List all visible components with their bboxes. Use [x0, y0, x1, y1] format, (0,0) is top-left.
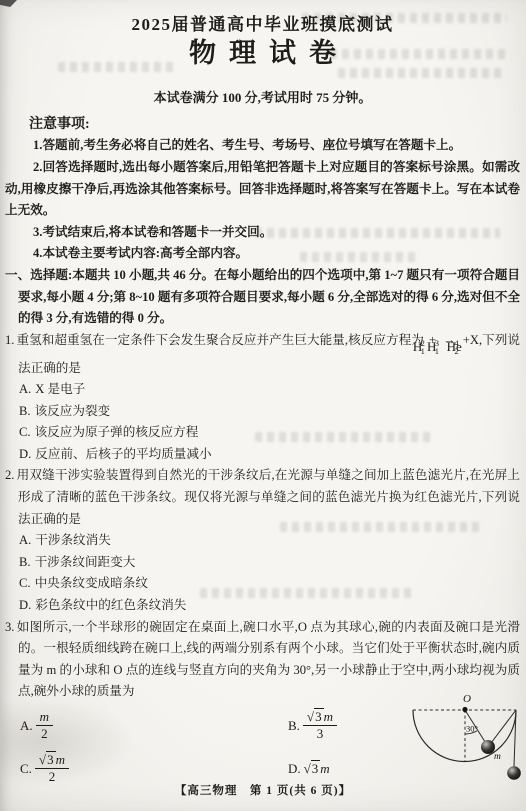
fraction: √3m 3 — [303, 709, 337, 742]
center-point-label: O — [463, 693, 471, 705]
exam-paper-page: 2025届普通高中毕业班摸底测试 物理试卷 本试卷满分 100 分,考试用时 7… — [0, 0, 526, 811]
note-item-1: 1.答题前,考生务必将自己的姓名、考生号、考场号、座位号填写在答题卡上。 — [5, 135, 520, 157]
sqrt-sign: √ — [39, 752, 46, 767]
question-number: 3. — [5, 620, 14, 634]
exam-info-line: 本试卷满分 100 分,考试用时 75 分钟。 — [5, 87, 520, 109]
question-2: 2.用双缝干涉实验装置得到自然光的干涉条纹后,在光源与单缝之间加上蓝色滤光片,在… — [5, 465, 520, 616]
q1-option-b: B.该反应为裂变 — [19, 401, 520, 423]
outer-ball — [507, 766, 521, 780]
page-footer: 【高三物理 第 1 页(共 6 页)】 — [0, 781, 526, 803]
question-1: 1.重氢和超重氢在一定条件下会发生聚合反应并产生巨大能量,核反应方程为21H+3… — [5, 330, 520, 466]
question-1-stem: 1.重氢和超重氢在一定条件下会发生聚合反应并产生巨大能量,核反应方程为21H+3… — [5, 330, 520, 379]
center-point-o — [462, 707, 467, 712]
q1-option-a: A.X 是电子 — [19, 379, 520, 401]
sqrt-sign: √ — [304, 761, 311, 776]
exam-session-title: 2025届普通高中毕业班摸底测试 — [5, 14, 520, 36]
notes-heading: 注意事项: — [29, 114, 520, 136]
question-3-stem: 3.如图所示,一个半球形的碗固定在桌面上,碗口水平,O 点为其球心,碗的内表面及… — [5, 617, 520, 703]
question-2-stem: 2.用双缝干涉实验装置得到自然光的干涉条纹后,在光源与单缝之间加上蓝色滤光片,在… — [5, 465, 520, 530]
note-item-3: 3.考试结束后,将本试卷和答题卡一并交回。 — [5, 222, 520, 244]
nuclide-helium: 42He — [459, 336, 462, 358]
question-number: 2. — [5, 468, 14, 482]
q2-option-d: D.彩色条纹中的红色条纹消失 — [19, 595, 520, 617]
page-content: 2025届普通高中毕业班摸底测试 物理试卷 本试卷满分 100 分,考试用时 7… — [0, 0, 526, 811]
q2-option-a: A.干涉条纹消失 — [19, 530, 520, 552]
q3-option-c: C. √3m 2 — [20, 752, 288, 785]
nuclide-deuterium: 21H — [425, 336, 426, 358]
angle-label: 30° — [466, 724, 478, 734]
nuclide-tritium: 31H — [439, 336, 440, 358]
inner-ball — [481, 740, 495, 754]
q3-bowl-figure: O 30° m — [406, 692, 526, 792]
q3-option-a: A. m 2 — [20, 709, 288, 742]
note-item-4: 4.本试卷主要考试内容:高考全部内容。 — [5, 243, 520, 265]
sqrt-sign: √ — [307, 709, 314, 724]
question-number: 1. — [5, 333, 14, 347]
q1-option-d: D.反应前、后核子的平均质量减小 — [19, 444, 520, 466]
section1-intro: 一、选择题:本题共 10 小题,共 46 分。在每小题给出的四个选项中,第 1~… — [5, 265, 520, 330]
inner-ball-label: m — [494, 752, 501, 762]
q2-option-b: B.干涉条纹间距变大 — [19, 552, 520, 574]
q1-option-c: C.该反应为原子弹的核反应方程 — [19, 422, 520, 444]
q2-option-c: C.中央条纹变成暗条纹 — [19, 573, 520, 595]
paper-title: 物理试卷 — [5, 43, 520, 65]
note-item-2: 2.回答选择题时,选出每小题答案后,用铅笔把答题卡上对应题目的答案标号涂黑。如需… — [5, 157, 520, 222]
fraction: √3m 2 — [35, 752, 69, 785]
fraction: m 2 — [36, 709, 53, 742]
